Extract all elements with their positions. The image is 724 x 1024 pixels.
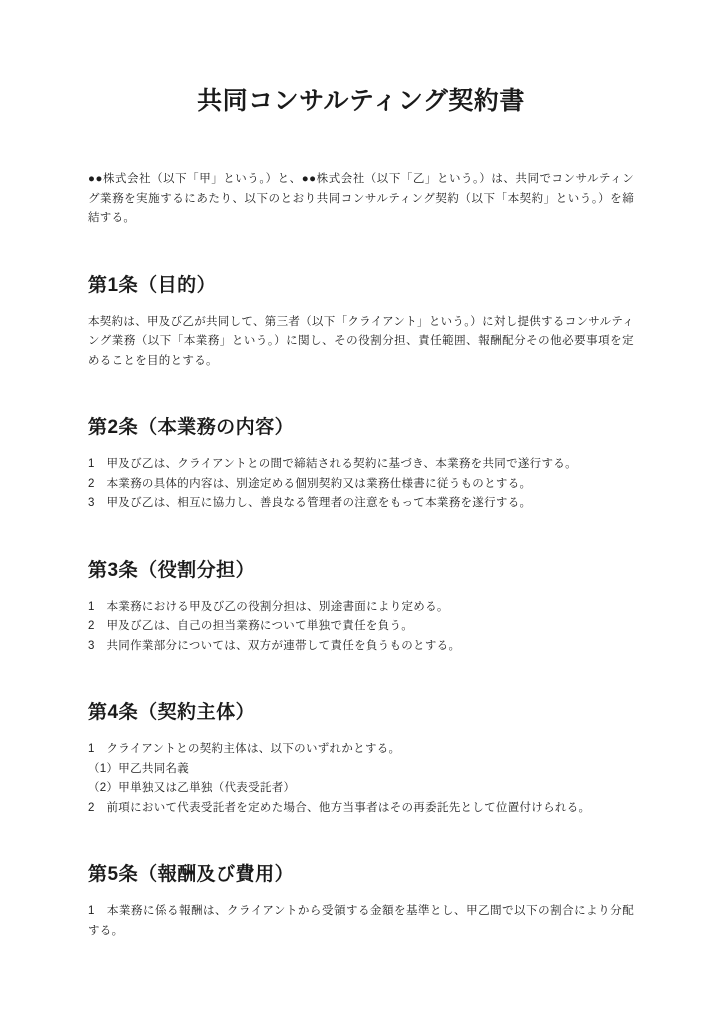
document-title: 共同コンサルティング契約書 — [88, 84, 634, 118]
article-3-heading: 第3条（役割分担） — [88, 558, 634, 584]
article-1-clause: 本契約は、甲及び乙が共同して、第三者（以下「クライアント」という。）に対し提供す… — [88, 313, 634, 372]
article-2: 第2条（本業務の内容） 1 甲及び乙は、クライアントとの間で締結される契約に基づ… — [88, 415, 634, 514]
article-2-clause: 1 甲及び乙は、クライアントとの間で締結される契約に基づき、本業務を共同で遂行す… — [88, 455, 634, 475]
article-4: 第4条（契約主体） 1 クライアントとの契約主体は、以下のいずれかとする。 （1… — [88, 700, 634, 818]
article-5-clause: 1 本業務に係る報酬は、クライアントから受領する金額を基準とし、甲乙間で以下の割… — [88, 902, 634, 941]
article-4-clause: 1 クライアントとの契約主体は、以下のいずれかとする。 — [88, 740, 634, 760]
article-1: 第1条（目的） 本契約は、甲及び乙が共同して、第三者（以下「クライアント」という… — [88, 273, 634, 372]
document-page: 共同コンサルティング契約書 ●●株式会社（以下「甲」という。）と、●●株式会社（… — [0, 0, 724, 1024]
article-4-heading: 第4条（契約主体） — [88, 700, 634, 726]
article-2-clause: 3 甲及び乙は、相互に協力し、善良なる管理者の注意をもって本業務を遂行する。 — [88, 494, 634, 514]
article-4-subclause: （1）甲乙共同名義 — [88, 760, 634, 780]
article-5: 第5条（報酬及び費用） 1 本業務に係る報酬は、クライアントから受領する金額を基… — [88, 862, 634, 941]
article-1-heading: 第1条（目的） — [88, 273, 634, 299]
article-4-subclause: （2）甲単独又は乙単独（代表受託者） — [88, 779, 634, 799]
article-3: 第3条（役割分担） 1 本業務における甲及び乙の役割分担は、別途書面により定める… — [88, 558, 634, 657]
article-3-clause: 3 共同作業部分については、双方が連帯して責任を負うものとする。 — [88, 637, 634, 657]
article-2-heading: 第2条（本業務の内容） — [88, 415, 634, 441]
article-4-clause: 2 前項において代表受託者を定めた場合、他方当事者はその再委託先として位置付けら… — [88, 799, 634, 819]
article-5-heading: 第5条（報酬及び費用） — [88, 862, 634, 888]
preamble-paragraph: ●●株式会社（以下「甲」という。）と、●●株式会社（以下「乙」という。）は、共同… — [88, 170, 634, 229]
article-3-clause: 1 本業務における甲及び乙の役割分担は、別途書面により定める。 — [88, 598, 634, 618]
article-2-clause: 2 本業務の具体的内容は、別途定める個別契約又は業務仕様書に従うものとする。 — [88, 475, 634, 495]
article-3-clause: 2 甲及び乙は、自己の担当業務について単独で責任を負う。 — [88, 617, 634, 637]
